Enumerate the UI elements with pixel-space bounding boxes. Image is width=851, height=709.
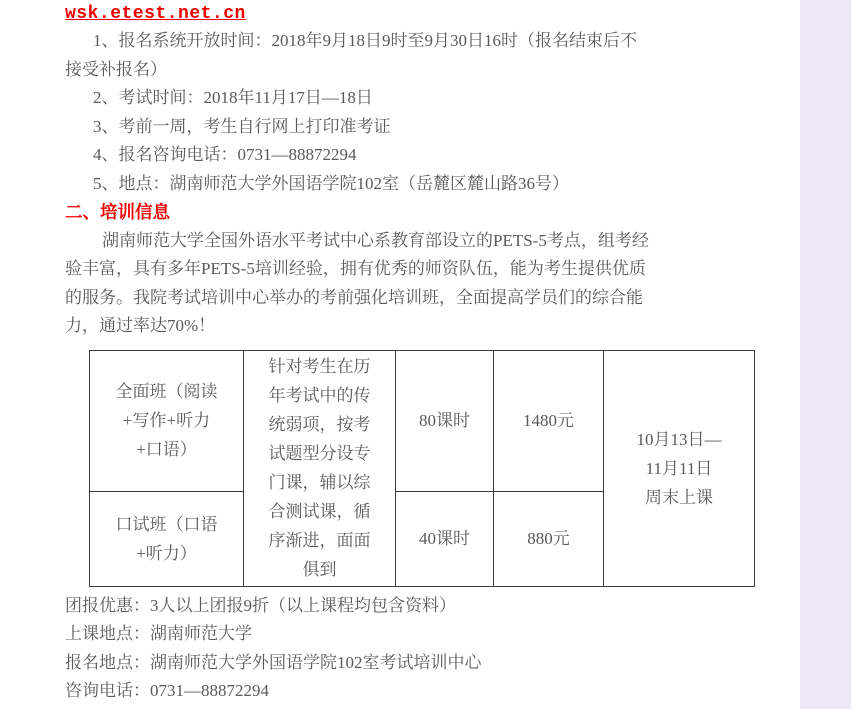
registration-item-5: 5、地点：湖南师范大学外国语学院102室（岳麓区麓山路36号） [65,170,792,199]
course-table: 全面班（阅读 +写作+听力 +口语） 针对考生在历 年考试中的传 统弱项，按考 … [89,350,755,587]
document-content: wsk.etest.net.cn 1、报名系统开放时间：2018年9月18日9时… [65,3,792,706]
course-name-cell-full-class: 全面班（阅读 +写作+听力 +口语） [90,350,244,491]
course-description-cell: 针对考生在历 年考试中的传 统弱项，按考 试题型分设专 门课，辅以综 合测试课，… [244,350,396,586]
registration-item-2: 2、考试时间：2018年11月17日—18日 [65,84,792,113]
side-strip [800,0,851,709]
course-table-row-1: 全面班（阅读 +写作+听力 +口语） 针对考生在历 年考试中的传 统弱项，按考 … [90,350,755,491]
registration-item-1: 1、报名系统开放时间：2018年9月18日9时至9月30日16时（报名结束后不 … [65,27,792,84]
footer-phone: 咨询电话：0731—88872294 [65,677,792,706]
page: { "colors": { "page_bg": "#ffffff", "sid… [0,0,851,709]
course-hours-cell-oral-class: 40课时 [396,491,494,586]
registration-website-link[interactable]: wsk.etest.net.cn [65,4,246,24]
footer-registration-location: 报名地点：湖南师范大学外国语学院102室考试培训中心 [65,649,792,678]
course-hours-cell-full-class: 80课时 [396,350,494,491]
course-price-cell-oral-class: 880元 [494,491,604,586]
course-price-cell-full-class: 1480元 [494,350,604,491]
header-link-line: wsk.etest.net.cn [65,3,792,27]
registration-item-3: 3、考前一周，考生自行网上打印准考证 [65,113,792,142]
footer-class-location: 上课地点：湖南师范大学 [65,620,792,649]
section-title-training-info: 二、培训信息 [65,198,792,227]
training-intro-paragraph: 湖南师范大学全国外语水平考试中心系教育部设立的PETS-5考点，组考经 验丰富，… [65,227,792,341]
course-name-cell-oral-class: 口试班（口语 +听力） [90,491,244,586]
footer-info-block: 团报优惠：3人以上团报9折（以上课程均包含资料） 上课地点：湖南师范大学 报名地… [65,592,792,706]
registration-item-4: 4、报名咨询电话：0731—88872294 [65,141,792,170]
footer-group-discount: 团报优惠：3人以上团报9折（以上课程均包含资料） [65,592,792,621]
course-schedule-cell: 10月13日— 11月11日 周末上课 [604,350,755,586]
